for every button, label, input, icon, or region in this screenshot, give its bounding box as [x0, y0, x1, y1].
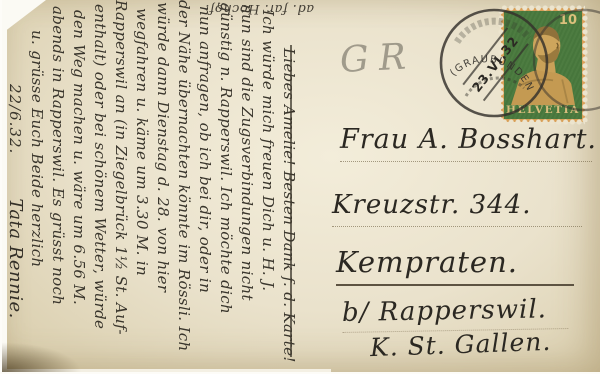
message-line: Rapperswil an (in Ziegelbrück 1½ St. Auf…	[110, 0, 131, 374]
message-line: wegfahren u. käme um 3.30 M. in	[131, 0, 152, 374]
message-line: Ich würde mich freuen Dich u. H. J.	[257, 0, 278, 374]
message-line: nun anfragen, ob ich bei dir, oder in	[194, 0, 215, 374]
message-signature: Tata Rennie.	[5, 198, 26, 319]
postmark-town-smudge	[457, 21, 529, 42]
message-line: nun sind die Zugsverbindungen nicht	[236, 0, 257, 374]
address-recipient: Frau A. Bosshart.	[340, 124, 592, 162]
scan-corner-wedge	[4, 0, 46, 32]
corner-shadow	[2, 342, 82, 372]
message-line: abends in Rapperswil. Es grüsst noch	[47, 0, 68, 374]
message-line: enthalt) oder bei schönem Wetter, würde	[89, 0, 110, 374]
annotation-upside-down: ad. far. Hochof.	[184, 1, 314, 16]
postcard-back: Liebes Amelie! Besten Dank f. d. Karte! …	[2, 0, 600, 372]
postmark: 23.VI.32 (GRAUBÜNDEN)	[432, 2, 600, 124]
message-line: u. grüsse Euch Beide herzlich	[26, 0, 47, 374]
message-line: günstig n. Rapperswil. Ich möchte dich	[215, 0, 236, 374]
message-line: würde dann Dienstag d. 28. von hier	[152, 0, 173, 374]
pencil-note-gr: GR	[339, 36, 417, 81]
message-block: Liebes Amelie! Besten Dank f. d. Karte! …	[8, 0, 303, 374]
message-date: 22/6.32.	[6, 84, 24, 154]
divider-line	[290, 45, 292, 357]
message-line: der Nähe übernachten könnte im Rössli. I…	[173, 0, 194, 374]
address-canton: K. St. Gallen.	[370, 327, 552, 362]
address-street: Kreuzstr. 344.	[332, 190, 582, 227]
message-line: Liebes Amelie! Besten Dank f. d. Karte!	[278, 0, 299, 374]
postmark-second-strike	[534, 10, 600, 110]
address-town: Kempraten.	[336, 245, 574, 286]
scan-edge-left	[2, 0, 7, 372]
message-signature-line: 22/6.32. Tata Rennie.	[5, 0, 26, 374]
message-line: den Weg machen u. wäre um 6.56 M.	[68, 0, 89, 374]
message-rotated-text: Liebes Amelie! Besten Dank f. d. Karte! …	[8, 0, 303, 374]
